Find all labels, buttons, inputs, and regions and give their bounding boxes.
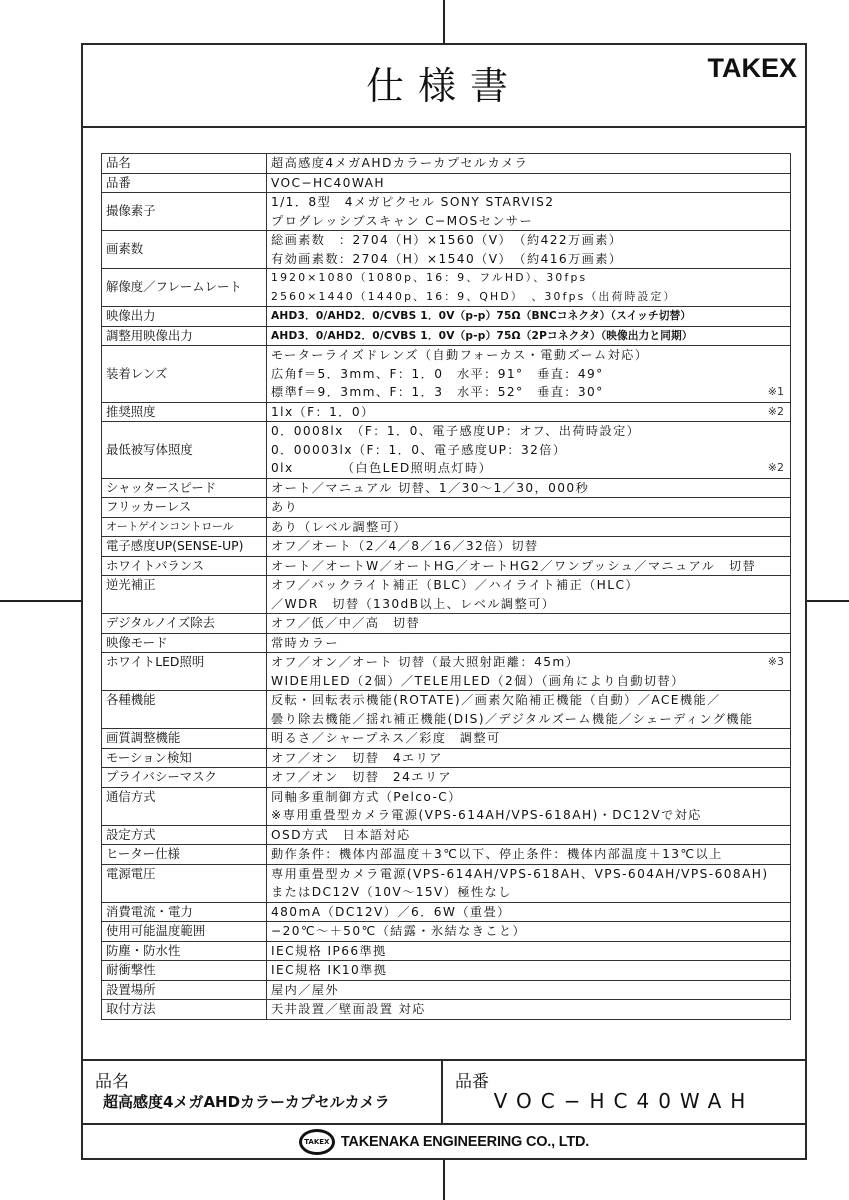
spec-row: 設置場所屋内／屋外	[102, 980, 791, 1000]
spec-value-line: あり（レベル調整可）	[271, 518, 786, 537]
spec-value: オフ／低／中／高 切替	[267, 614, 791, 634]
spec-value-line: 総画素数 ：2704（H）×1560（V） （約422万画素）	[271, 231, 786, 250]
spec-value-text: 超高感度4メガAHDカラーカプセルカメラ	[271, 154, 528, 173]
spec-key: デジタルノイズ除去	[102, 614, 267, 634]
spec-value-line: モーターライズドレンズ（自動フォーカス・電動ズーム対応）	[271, 346, 786, 365]
spec-value: あり	[267, 498, 791, 518]
spec-value: 1920×1080（1080p、16：9、フルHD）、30fps2560×144…	[267, 269, 791, 307]
spec-value-text: オフ／バックライト補正（BLC）／ハイライト補正（HLC）	[271, 576, 639, 595]
spec-row: 各種機能反転・回転表示機能(ROTATE)／画素欠陥補正機能（自動）／ACE機能…	[102, 691, 791, 729]
document-title: 仕様書	[83, 55, 805, 110]
crop-mark-left	[0, 600, 81, 602]
spec-value-line: 広角f＝5．3mm、F：1．0 水平：91° 垂直：49°	[271, 365, 786, 384]
spec-key: 映像モード	[102, 633, 267, 653]
spec-value: オート／オートW／オートHG／オートHG2／ワンプッシュ／マニュアル 切替	[267, 556, 791, 576]
spec-value-text: 480mA（DC12V）／6．6W（重畳）	[271, 903, 511, 922]
spec-value-text: WIDE用LED（2個）／TELE用LED（2個）（画角により自動切替）	[271, 672, 685, 691]
takex-oval-logo-icon: TAKEX	[299, 1129, 335, 1155]
spec-row: プライバシーマスクオフ／オン 切替 24エリア	[102, 768, 791, 788]
company-footer: TAKEX TAKENAKA ENGINEERING CO., LTD.	[83, 1123, 805, 1160]
spec-key: 品名	[102, 154, 267, 174]
spec-row: 通信方式同軸多重制御方式（Pelco-C）※専用重畳型カメラ電源(VPS-614…	[102, 787, 791, 825]
brand-logo: TAKEX	[707, 53, 797, 84]
spec-value-line: オフ／低／中／高 切替	[271, 614, 786, 633]
spec-value-text: −20℃〜＋50℃（結露・氷結なきこと）	[271, 922, 526, 941]
spec-value: 同軸多重制御方式（Pelco-C）※専用重畳型カメラ電源(VPS-614AH/V…	[267, 787, 791, 825]
spec-key: 通信方式	[102, 787, 267, 825]
spec-key: 電子感度UP(SENSE-UP)	[102, 537, 267, 557]
spec-value: 超高感度4メガAHDカラーカプセルカメラ	[267, 154, 791, 174]
spec-value-text: またはDC12V（10V〜15V）極性なし	[271, 883, 512, 902]
spec-value: あり（レベル調整可）	[267, 517, 791, 537]
spec-value-text: 2560×1440（1440p、16：9、QHD） 、30fps（出荷時設定）	[271, 288, 676, 307]
spec-key: 防塵・防水性	[102, 941, 267, 961]
spec-value-line: オフ／バックライト補正（BLC）／ハイライト補正（HLC）	[271, 576, 786, 595]
spec-value-line: 専用重畳型カメラ電源(VPS-614AH/VPS-618AH、VPS-604AH…	[271, 865, 786, 884]
spec-value-text: ※専用重畳型カメラ電源(VPS-614AH/VPS-618AH)・DC12Vで対…	[271, 806, 702, 825]
spec-row: モーション検知オフ／オン 切替 4エリア	[102, 748, 791, 768]
spec-key: 電源電圧	[102, 864, 267, 902]
product-footer: 品名 超高感度4メガAHDカラーカプセルカメラ 品番 VOC−HC40WAH	[83, 1059, 805, 1125]
spec-table: 品名超高感度4メガAHDカラーカプセルカメラ品番VOC−HC40WAH撮像素子1…	[101, 153, 791, 1020]
footnote-marker: ※1	[768, 383, 786, 402]
spec-key: 最低被写体照度	[102, 422, 267, 479]
spec-row: 電源電圧専用重畳型カメラ電源(VPS-614AH/VPS-618AH、VPS-6…	[102, 864, 791, 902]
spec-value: 常時カラー	[267, 633, 791, 653]
spec-key: ホワイトLED照明	[102, 653, 267, 691]
spec-value: OSD方式 日本語対応	[267, 825, 791, 845]
spec-key: 解像度／フレームレート	[102, 269, 267, 307]
spec-value: 屋内／屋外	[267, 980, 791, 1000]
spec-key: 使用可能温度範囲	[102, 922, 267, 942]
spec-key: 消費電流・電力	[102, 902, 267, 922]
spec-value-line: 0．00003lx（F：1．0、電子感度UP：32倍）	[271, 441, 786, 460]
spec-value-text: 標準f＝9．3mm、F：1．3 水平：52° 垂直：30°	[271, 383, 604, 402]
spec-key: フリッカーレス	[102, 498, 267, 518]
spec-value: 明るさ／シャープネス／彩度 調整可	[267, 729, 791, 749]
spec-row: 防塵・防水性IEC規格 IP66準拠	[102, 941, 791, 961]
spec-key: モーション検知	[102, 748, 267, 768]
spec-value-text: オート／オートW／オートHG／オートHG2／ワンプッシュ／マニュアル 切替	[271, 557, 756, 576]
footer-product-name: 超高感度4メガAHDカラーカプセルカメラ	[103, 1091, 390, 1112]
spec-value-text: 曇り除去機能／揺れ補正機能(DIS)／デジタルズーム機能／シェーディング機能	[271, 710, 753, 729]
spec-value-line: 同軸多重制御方式（Pelco-C）	[271, 788, 786, 807]
spec-value-text: 総画素数 ：2704（H）×1560（V） （約422万画素）	[271, 231, 622, 250]
spec-key: 映像出力	[102, 307, 267, 327]
spec-value-text: 動作条件：機体内部温度＋3℃以下、停止条件：機体内部温度＋13℃以上	[271, 845, 723, 864]
spec-key: 装着レンズ	[102, 346, 267, 403]
spec-value-line: またはDC12V（10V〜15V）極性なし	[271, 883, 786, 902]
spec-row: オートゲインコントロールあり（レベル調整可）	[102, 517, 791, 537]
spec-row: 映像出力AHD3．0/AHD2．0/CVBS 1．0V（p-p）75Ω（BNCコ…	[102, 307, 791, 327]
spec-value: モーターライズドレンズ（自動フォーカス・電動ズーム対応）広角f＝5．3mm、F：…	[267, 346, 791, 403]
footer-product-code-cell: 品番 VOC−HC40WAH	[443, 1061, 805, 1123]
spec-value-line: あり	[271, 498, 786, 517]
spec-value-line: 0．0008lx （F：1．0、電子感度UP：オフ、出荷時設定）	[271, 422, 786, 441]
spec-row: 設定方式OSD方式 日本語対応	[102, 825, 791, 845]
spec-value-text: オフ／オン／オート 切替（最大照射距離：45m）	[271, 653, 579, 672]
spec-value: オフ／オン 切替 4エリア	[267, 748, 791, 768]
spec-value: 動作条件：機体内部温度＋3℃以下、停止条件：機体内部温度＋13℃以上	[267, 845, 791, 865]
spec-value: IEC規格 IP66準拠	[267, 941, 791, 961]
spec-value-text: 天井設置／壁面設置 対応	[271, 1000, 426, 1019]
spec-value-text: 1/1．8型 4メガピクセル SONY STARVIS2	[271, 193, 554, 212]
spec-key: ホワイトバランス	[102, 556, 267, 576]
spec-value-text: 0．00003lx（F：1．0、電子感度UP：32倍）	[271, 441, 566, 460]
spec-value: 専用重畳型カメラ電源(VPS-614AH/VPS-618AH、VPS-604AH…	[267, 864, 791, 902]
spec-key: 取付方法	[102, 1000, 267, 1020]
spec-value-text: 1920×1080（1080p、16：9、フルHD）、30fps	[271, 269, 587, 288]
spec-row: 取付方法天井設置／壁面設置 対応	[102, 1000, 791, 1020]
spec-value-text: 常時カラー	[271, 634, 339, 653]
spec-value-text: AHD3．0/AHD2．0/CVBS 1．0V（p-p）75Ω（2Pコネクタ）（…	[271, 327, 693, 346]
spec-key: 耐衝撃性	[102, 961, 267, 981]
spec-key: 品番	[102, 173, 267, 193]
spec-row: 最低被写体照度0．0008lx （F：1．0、電子感度UP：オフ、出荷時設定）0…	[102, 422, 791, 479]
spec-value: VOC−HC40WAH	[267, 173, 791, 193]
spec-value: オフ／オン 切替 24エリア	[267, 768, 791, 788]
crop-mark-top	[443, 0, 445, 43]
spec-value-line: ※専用重畳型カメラ電源(VPS-614AH/VPS-618AH)・DC12Vで対…	[271, 806, 786, 825]
spec-value-text: モーターライズドレンズ（自動フォーカス・電動ズーム対応）	[271, 346, 648, 365]
spec-row: 品番VOC−HC40WAH	[102, 173, 791, 193]
spec-value-line: オフ／オン 切替 4エリア	[271, 749, 786, 768]
spec-key: 画素数	[102, 231, 267, 269]
spec-value: オフ／オート（2／4／8／16／32倍）切替	[267, 537, 791, 557]
spec-value-line: 480mA（DC12V）／6．6W（重畳）	[271, 903, 786, 922]
spec-value-line: 天井設置／壁面設置 対応	[271, 1000, 786, 1019]
spec-row: 調整用映像出力AHD3．0/AHD2．0/CVBS 1．0V（p-p）75Ω（2…	[102, 326, 791, 346]
spec-sheet-frame: 仕様書 TAKEX 品名超高感度4メガAHDカラーカプセルカメラ品番VOC−HC…	[81, 43, 807, 1160]
spec-value-line: プログレッシブスキャン C−MOSセンサー	[271, 212, 786, 231]
spec-value: AHD3．0/AHD2．0/CVBS 1．0V（p-p）75Ω（BNCコネクタ）…	[267, 307, 791, 327]
spec-row: 解像度／フレームレート1920×1080（1080p、16：9、フルHD）、30…	[102, 269, 791, 307]
spec-row: 逆光補正オフ／バックライト補正（BLC）／ハイライト補正（HLC）／WDR 切替…	[102, 576, 791, 614]
spec-value: IEC規格 IK10準拠	[267, 961, 791, 981]
spec-value: 1lx（F：1．0）※2	[267, 402, 791, 422]
spec-value-line: IEC規格 IP66準拠	[271, 942, 786, 961]
spec-key: 推奨照度	[102, 402, 267, 422]
spec-value-text: AHD3．0/AHD2．0/CVBS 1．0V（p-p）75Ω（BNCコネクタ）…	[271, 307, 691, 326]
spec-row: 画素数総画素数 ：2704（H）×1560（V） （約422万画素）有効画素数：…	[102, 231, 791, 269]
spec-value-line: 超高感度4メガAHDカラーカプセルカメラ	[271, 154, 786, 173]
spec-value-line: オフ／オン 切替 24エリア	[271, 768, 786, 787]
spec-value-text: IEC規格 IK10準拠	[271, 961, 387, 980]
spec-row: フリッカーレスあり	[102, 498, 791, 518]
spec-value-line: 1920×1080（1080p、16：9、フルHD）、30fps	[271, 269, 786, 288]
spec-value-text: IEC規格 IP66準拠	[271, 942, 387, 961]
spec-value-line: オート／オートW／オートHG／オートHG2／ワンプッシュ／マニュアル 切替	[271, 557, 786, 576]
spec-value-text: 専用重畳型カメラ電源(VPS-614AH/VPS-618AH、VPS-604AH…	[271, 865, 769, 884]
spec-row: 撮像素子1/1．8型 4メガピクセル SONY STARVIS2プログレッシブス…	[102, 193, 791, 231]
spec-value: 反転・回転表示機能(ROTATE)／画素欠陥補正機能（自動）／ACE機能／曇り除…	[267, 691, 791, 729]
spec-value-text: 明るさ／シャープネス／彩度 調整可	[271, 729, 501, 748]
spec-key: シャッタースピード	[102, 478, 267, 498]
spec-value-line: IEC規格 IK10準拠	[271, 961, 786, 980]
spec-value-text: 反転・回転表示機能(ROTATE)／画素欠陥補正機能（自動）／ACE機能／	[271, 691, 721, 710]
spec-row: 画質調整機能明るさ／シャープネス／彩度 調整可	[102, 729, 791, 749]
spec-value: オート／マニュアル 切替、1／30〜1／30，000秒	[267, 478, 791, 498]
spec-value-text: オフ／オート（2／4／8／16／32倍）切替	[271, 537, 539, 556]
spec-value-text: 1lx（F：1．0）	[271, 403, 375, 422]
spec-row: 消費電流・電力480mA（DC12V）／6．6W（重畳）	[102, 902, 791, 922]
spec-row: 使用可能温度範囲−20℃〜＋50℃（結露・氷結なきこと）	[102, 922, 791, 942]
spec-value-text: OSD方式 日本語対応	[271, 826, 411, 845]
spec-value-line: AHD3．0/AHD2．0/CVBS 1．0V（p-p）75Ω（2Pコネクタ）（…	[271, 327, 786, 346]
spec-value-line: 屋内／屋外	[271, 981, 786, 1000]
spec-value-line: OSD方式 日本語対応	[271, 826, 786, 845]
spec-value-text: 有効画素数：2704（H）×1540（V） （約416万画素）	[271, 250, 622, 269]
spec-row: 映像モード常時カラー	[102, 633, 791, 653]
footnote-marker: ※2	[768, 403, 786, 422]
spec-value-text: 広角f＝5．3mm、F：1．0 水平：91° 垂直：49°	[271, 365, 604, 384]
spec-value-text: 0lx （白色LED照明点灯時）	[271, 459, 492, 478]
crop-mark-right	[807, 600, 849, 602]
spec-row: 装着レンズモーターライズドレンズ（自動フォーカス・電動ズーム対応）広角f＝5．3…	[102, 346, 791, 403]
spec-value-line: 0lx （白色LED照明点灯時）※2	[271, 459, 786, 478]
spec-value-line: −20℃〜＋50℃（結露・氷結なきこと）	[271, 922, 786, 941]
spec-value-line: WIDE用LED（2個）／TELE用LED（2個）（画角により自動切替）	[271, 672, 786, 691]
spec-value: 1/1．8型 4メガピクセル SONY STARVIS2プログレッシブスキャン …	[267, 193, 791, 231]
spec-value: 0．0008lx （F：1．0、電子感度UP：オフ、出荷時設定）0．00003l…	[267, 422, 791, 479]
spec-value-text: プログレッシブスキャン C−MOSセンサー	[271, 212, 533, 231]
spec-row: 推奨照度1lx（F：1．0）※2	[102, 402, 791, 422]
spec-key: 各種機能	[102, 691, 267, 729]
spec-value-text: 同軸多重制御方式（Pelco-C）	[271, 788, 462, 807]
spec-key: 画質調整機能	[102, 729, 267, 749]
spec-key: 逆光補正	[102, 576, 267, 614]
spec-key: 撮像素子	[102, 193, 267, 231]
footer-product-code: VOC−HC40WAH	[443, 1089, 805, 1113]
spec-row: 電子感度UP(SENSE-UP)オフ／オート（2／4／8／16／32倍）切替	[102, 537, 791, 557]
spec-value-line: 1/1．8型 4メガピクセル SONY STARVIS2	[271, 193, 786, 212]
spec-row: ホワイトLED照明オフ／オン／オート 切替（最大照射距離：45m）※3WIDE用…	[102, 653, 791, 691]
spec-value-line: オフ／オート（2／4／8／16／32倍）切替	[271, 537, 786, 556]
spec-row: 耐衝撃性IEC規格 IK10準拠	[102, 961, 791, 981]
spec-value-text: あり（レベル調整可）	[271, 518, 407, 537]
spec-row: ホワイトバランスオート／オートW／オートHG／オートHG2／ワンプッシュ／マニュ…	[102, 556, 791, 576]
spec-value-line: オート／マニュアル 切替、1／30〜1／30，000秒	[271, 479, 786, 498]
spec-value-line: 反転・回転表示機能(ROTATE)／画素欠陥補正機能（自動）／ACE機能／	[271, 691, 786, 710]
footnote-marker: ※2	[768, 459, 786, 478]
spec-value-line: 有効画素数：2704（H）×1540（V） （約416万画素）	[271, 250, 786, 269]
spec-value-line: オフ／オン／オート 切替（最大照射距離：45m）※3	[271, 653, 786, 672]
spec-row: シャッタースピードオート／マニュアル 切替、1／30〜1／30，000秒	[102, 478, 791, 498]
spec-value-line: AHD3．0/AHD2．0/CVBS 1．0V（p-p）75Ω（BNCコネクタ）…	[271, 307, 786, 326]
spec-value-line: 動作条件：機体内部温度＋3℃以下、停止条件：機体内部温度＋13℃以上	[271, 845, 786, 864]
spec-value-text: ／WDR 切替（130dB以上、レベル調整可）	[271, 595, 555, 614]
spec-key: プライバシーマスク	[102, 768, 267, 788]
spec-value-text: オフ／低／中／高 切替	[271, 614, 420, 633]
spec-row: デジタルノイズ除去オフ／低／中／高 切替	[102, 614, 791, 634]
spec-row: 品名超高感度4メガAHDカラーカプセルカメラ	[102, 154, 791, 174]
spec-value-line: 2560×1440（1440p、16：9、QHD） 、30fps（出荷時設定）	[271, 288, 786, 307]
spec-value: −20℃〜＋50℃（結露・氷結なきこと）	[267, 922, 791, 942]
footer-product-name-label: 品名	[95, 1067, 129, 1092]
spec-value-text: 屋内／屋外	[271, 981, 339, 1000]
spec-value-line: 常時カラー	[271, 634, 786, 653]
spec-value-text: あり	[271, 498, 298, 517]
spec-value-line: VOC−HC40WAH	[271, 174, 786, 193]
spec-key: オートゲインコントロール	[102, 517, 267, 537]
company-name: TAKENAKA ENGINEERING CO., LTD.	[341, 1134, 589, 1150]
spec-value-line: 標準f＝9．3mm、F：1．3 水平：52° 垂直：30°※1	[271, 383, 786, 402]
spec-value: オフ／バックライト補正（BLC）／ハイライト補正（HLC）／WDR 切替（130…	[267, 576, 791, 614]
spec-key: 設置場所	[102, 980, 267, 1000]
spec-value-text: オフ／オン 切替 4エリア	[271, 749, 443, 768]
crop-mark-bottom	[443, 1160, 445, 1200]
spec-value-line: 曇り除去機能／揺れ補正機能(DIS)／デジタルズーム機能／シェーディング機能	[271, 710, 786, 729]
spec-key: 設定方式	[102, 825, 267, 845]
spec-value: 総画素数 ：2704（H）×1560（V） （約422万画素）有効画素数：270…	[267, 231, 791, 269]
spec-value-line: 1lx（F：1．0）※2	[271, 403, 786, 422]
spec-value-text: 0．0008lx （F：1．0、電子感度UP：オフ、出荷時設定）	[271, 422, 640, 441]
spec-value-line: ／WDR 切替（130dB以上、レベル調整可）	[271, 595, 786, 614]
spec-value-text: オート／マニュアル 切替、1／30〜1／30，000秒	[271, 479, 589, 498]
footer-product-name-cell: 品名 超高感度4メガAHDカラーカプセルカメラ	[83, 1061, 443, 1123]
spec-key: 調整用映像出力	[102, 326, 267, 346]
footnote-marker: ※3	[768, 653, 786, 672]
spec-value: オフ／オン／オート 切替（最大照射距離：45m）※3WIDE用LED（2個）／T…	[267, 653, 791, 691]
spec-row: ヒーター仕様動作条件：機体内部温度＋3℃以下、停止条件：機体内部温度＋13℃以上	[102, 845, 791, 865]
spec-value: 天井設置／壁面設置 対応	[267, 1000, 791, 1020]
spec-value: 480mA（DC12V）／6．6W（重畳）	[267, 902, 791, 922]
spec-value-text: オフ／オン 切替 24エリア	[271, 768, 452, 787]
spec-value: AHD3．0/AHD2．0/CVBS 1．0V（p-p）75Ω（2Pコネクタ）（…	[267, 326, 791, 346]
spec-value-line: 明るさ／シャープネス／彩度 調整可	[271, 729, 786, 748]
title-band: 仕様書 TAKEX	[83, 45, 805, 128]
spec-value-text: VOC−HC40WAH	[271, 174, 385, 193]
spec-key: ヒーター仕様	[102, 845, 267, 865]
